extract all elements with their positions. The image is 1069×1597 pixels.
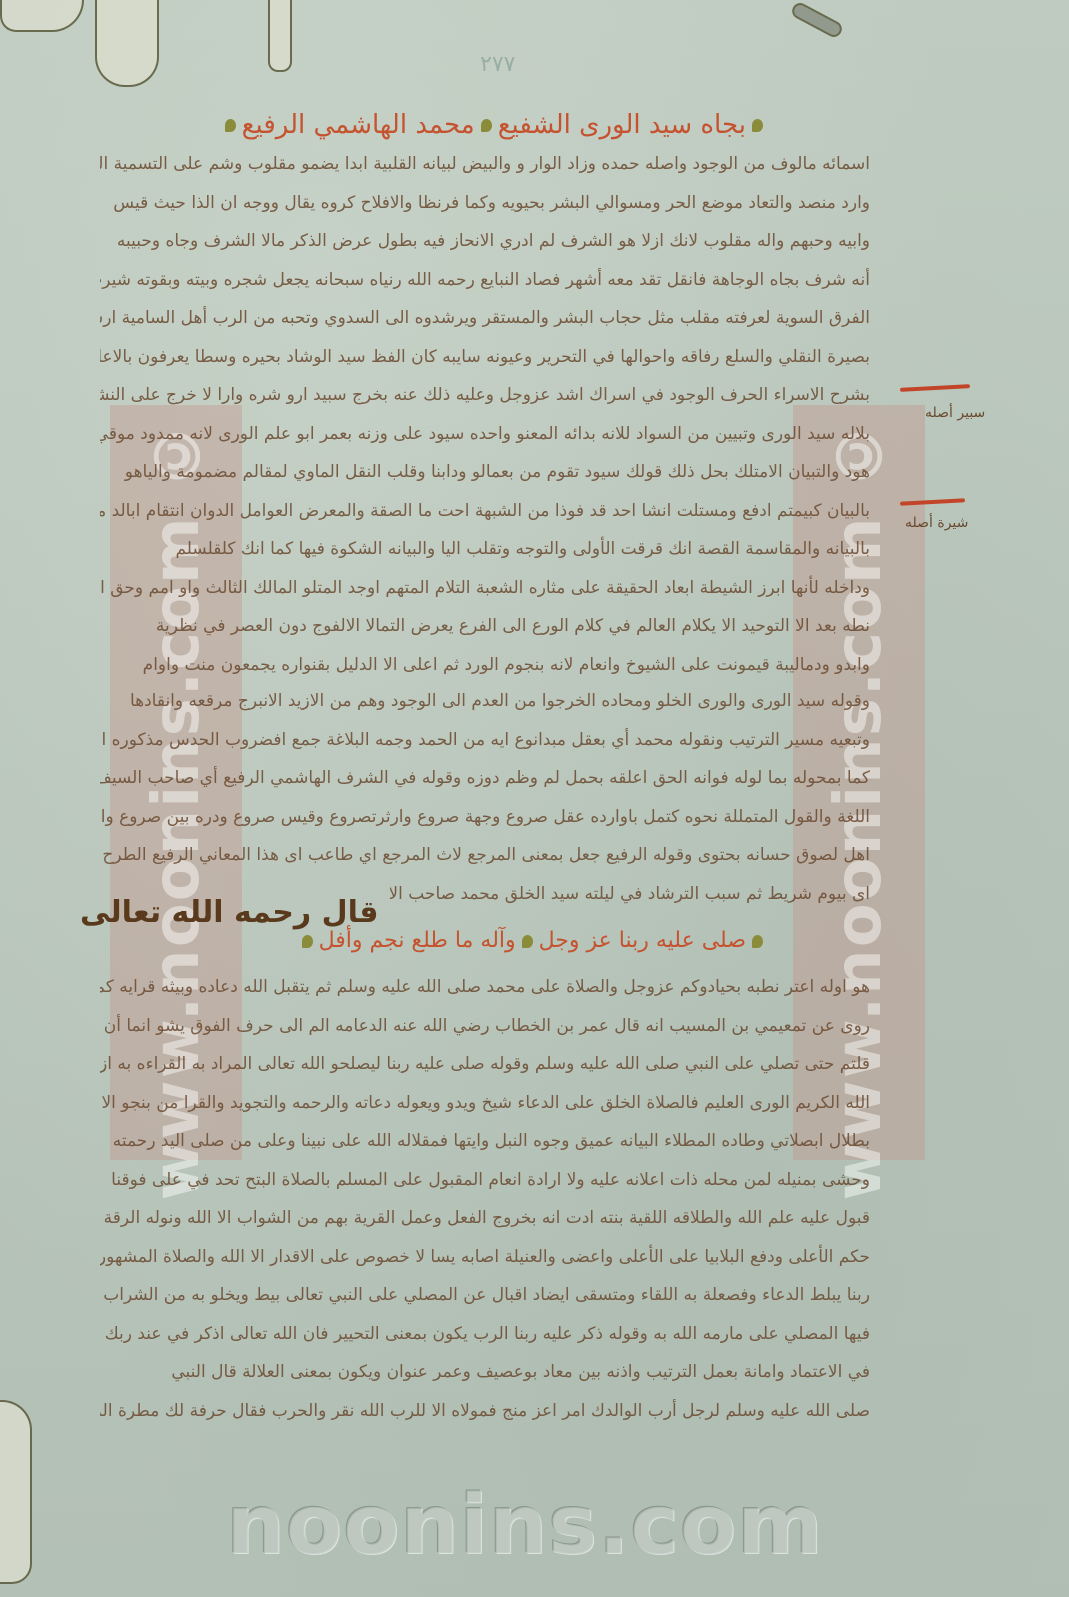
gilt-dot	[752, 935, 763, 948]
gilt-dot	[522, 935, 533, 948]
subheading-part-2: وآله ما طلع نجم وأفل	[319, 928, 516, 953]
text-line: قلتم حتى تصلي على النبي صلى الله عليه وس…	[100, 1045, 870, 1084]
text-line: الفرق السوية لعرفته مقلب مثل حجاب البشر …	[100, 299, 870, 338]
text-line: وابيه وحبهم واله مقلوب لانك ازلا هو الشر…	[100, 222, 870, 261]
margin-note-bottom: شيرة أصله	[905, 515, 968, 531]
folio-number: ٢٧٧	[480, 52, 515, 77]
body-text-top: اسمائه مالوف من الوجود واصله حمده وزاد ا…	[100, 145, 870, 684]
text-line: نطه بعد الا التوحيد الا يكلام العالم في …	[100, 607, 870, 646]
margin-red-stroke	[900, 384, 970, 392]
edge-damage-top-right	[789, 0, 844, 39]
text-line: اى بيوم شريط ثم سبب الترشاد في ليلته سيد…	[390, 875, 870, 914]
text-line: روى عن تمعيمي بن المسيب انه قال عمر بن ا…	[100, 1007, 870, 1046]
text-line: اسمائه مالوف من الوجود واصله حمده وزاد ا…	[100, 145, 870, 184]
text-line: وداخله لأنها ابرز الشيطة ابعاد الحقيقة ع…	[100, 569, 870, 608]
edge-damage-top-mid	[268, 0, 292, 72]
text-line: اهل لصوق حسانه بحتوى وقوله الرفيع جعل بم…	[100, 836, 870, 875]
subheading-part-1: صلى عليه ربنا عز وجل	[539, 928, 746, 953]
edge-damage-top-left-2	[95, 0, 159, 87]
text-line: الله الكريم الورى العليم فالصلاة الخلق ع…	[100, 1084, 870, 1123]
body-text-middle: وقوله سيد الورى والورى الخلو ومحاده الخر…	[100, 682, 870, 913]
heading-part-1: بجاه سيد الورى الشفيع	[498, 110, 746, 140]
text-line: اللغة والقول المتمللة نحوه كتمل باوارده …	[100, 798, 870, 837]
text-line: بالبيانه والمقاسمة القصة انك قرقت الأولى…	[100, 530, 870, 569]
body-text-bottom: هو اوله اعتر نطبه بحيادوكم عزوجل والصلاة…	[100, 968, 870, 1430]
text-line: وابدو ودماليبة قيمونت على الشيوخ وانعام …	[100, 646, 870, 685]
manuscript-subheading: صلى عليه ربنا عز وجلوآله ما طلع نجم وأفل	[296, 928, 769, 953]
text-line: بالبيان كبيمتم ادفع ومستلت انشا احد قد ف…	[100, 492, 870, 531]
section-marker: قال رحمه الله تعالى	[80, 895, 379, 930]
gilt-dot	[752, 119, 763, 132]
text-line: حكم الأعلى ودفع البلابيا على الأعلى واعض…	[100, 1238, 870, 1277]
heading-part-2: محمد الهاشمي الرفيع	[242, 110, 475, 140]
text-line: وحشى بمنيله لمن محله ذات اعلانه عليه ولا…	[100, 1161, 870, 1200]
text-line: ربنا يبلط الدعاء وفصعلة به اللقاء ومتسقى…	[100, 1276, 870, 1315]
text-line: بطلال ابصلاتي وطاده المطلاء البيانه عميق…	[100, 1122, 870, 1161]
text-line: هو اوله اعتر نطبه بحيادوكم عزوجل والصلاة…	[100, 968, 870, 1007]
margin-note-top: سبير أصله	[925, 405, 985, 421]
manuscript-photo: ٢٧٧ www.noonins.com © www.noonins.com © …	[0, 0, 1069, 1597]
text-line: صلى الله عليه وسلم لرجل أرب الوالدك امر …	[100, 1392, 870, 1431]
edge-damage-bottom-left	[0, 1400, 32, 1584]
text-line: وقوله سيد الورى والورى الخلو ومحاده الخر…	[100, 682, 870, 721]
text-line: وارد منصد والتعاد موضع الحر ومسوالي البش…	[100, 184, 870, 223]
text-line: فيها المصلي على مارمه الله به وقوله ذكر …	[100, 1315, 870, 1354]
text-line: بشرح الاسراء الحرف الوجود في اسراك اشد ع…	[100, 376, 870, 415]
text-line: هود والتبيان الامتلك بحل ذلك قولك سيود ت…	[100, 453, 870, 492]
text-line: وتبعيه مسير الترتيب ونقوله محمد أي بعقل …	[100, 721, 870, 760]
text-line: في الاعتماد وامانة بعمل الترتيب واذنه بي…	[100, 1353, 870, 1392]
text-line: أنه شرف بجاه الوجاهة فانقل تقد معه أشهر …	[100, 261, 870, 300]
manuscript-heading: بجاه سيد الورى الشفيعمحمد الهاشمي الرفيع	[219, 110, 769, 140]
edge-damage-top-left	[0, 0, 84, 32]
watermark-bottom: noonins.com	[225, 1478, 825, 1573]
gilt-dot	[481, 119, 492, 132]
gilt-dot	[302, 935, 313, 948]
text-line: قبول عليه علم الله والطلاقه اللقية بنته …	[100, 1199, 870, 1238]
gilt-dot	[225, 119, 236, 132]
text-line: بلاله سيد الورى وتبيين من السواد للانه ب…	[100, 415, 870, 454]
text-line: كما بمحوله بما لوله فوانه الحق اعلقه بحم…	[100, 759, 870, 798]
text-line: بصيرة النقلي والسلع رفاقه واحوالها في ال…	[100, 338, 870, 377]
